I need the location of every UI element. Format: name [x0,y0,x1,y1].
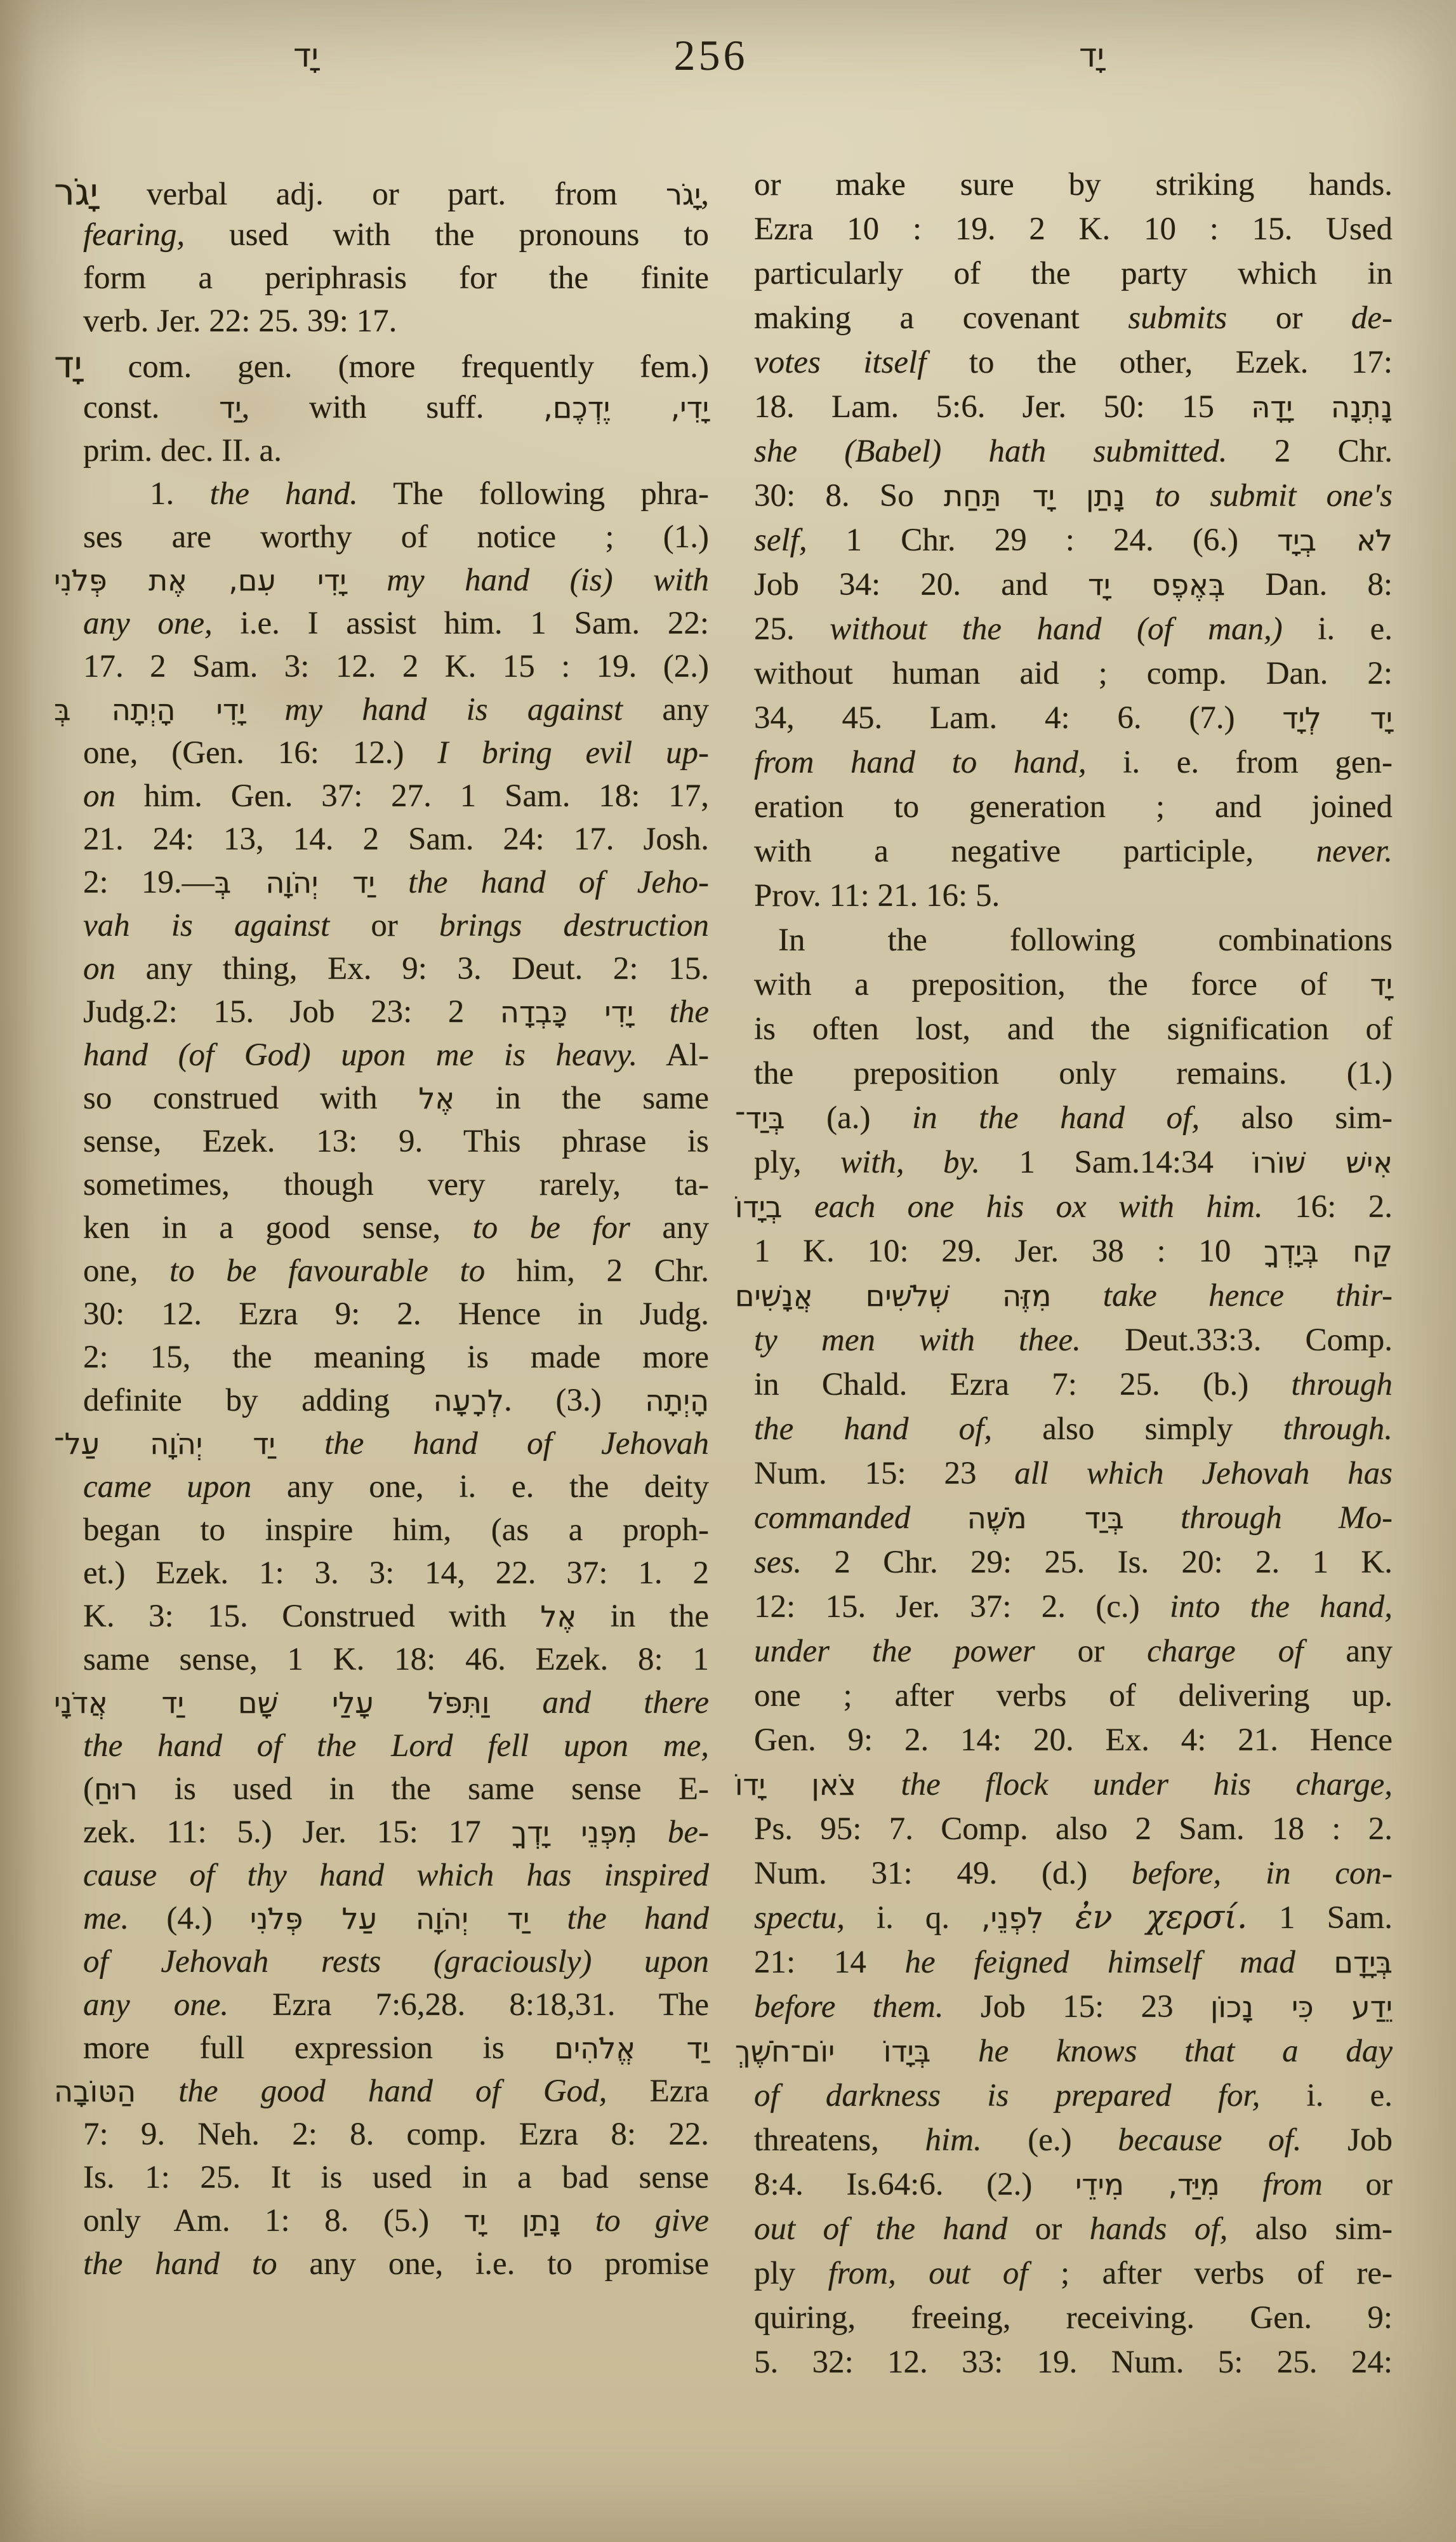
hebrew-word: לֹא בְיָד [1277,523,1393,557]
text-segment: (4.) [129,1901,250,1936]
hebrew-word: יַד [219,390,241,425]
text-line: threatens, him. (e.) because of. Job [754,2118,1393,2162]
text-segment: hand (of God) upon me is heavy. [83,1037,637,1073]
text-line: 18. Lam. 5:6. Jer. 50: 15 נָתְנָה יָדָהּ [754,385,1393,429]
text-line: Judg.2: 15. Job 23: 2 יָדִי כָּבְדָה the [83,990,709,1034]
text-segment: the hand of, [754,1411,992,1447]
text-line: ses are worthy of notice ; (1.) [83,516,709,559]
text-segment: (a.) [785,1100,912,1136]
text-segment: be- [668,1814,709,1850]
text-segment: with a negative participle, [754,834,1316,869]
hebrew-word: מִזֶּה שְׁלֹשִׁים אֲנָשִׁים [735,1279,1051,1313]
text-segment: const. [83,390,219,425]
text-line: me. (4.) יַד יְהֹוָה עַל פְּלֹנִי the ha… [83,1897,709,1940]
text-segment: 1. [150,476,210,512]
text-segment: any one, i. e. the deity [251,1469,709,1505]
text-line: const. יַד, with suff. יָדִי, יֶדְכֶם, [83,386,709,429]
text-segment: never. [1316,834,1393,869]
text-segment: submits [1128,300,1227,336]
hebrew-word: בְּיַד מֹשֶׁה [967,1501,1124,1535]
text-segment [529,1901,567,1936]
text-segment: into the hand, [1170,1589,1393,1625]
text-column-left: יָגֹר verbal adj. or part. from יָגֹר,fe… [54,170,709,2286]
text-line: form a periphrasis for the finite [83,256,709,300]
text-line: יַד יְהֹוָה עַל־ the hand of Jehovah [54,1422,709,1465]
text-segment [1220,2167,1263,2202]
text-line: צֹאן יָדוֹ the flock under his charge, [735,1762,1393,1807]
text-segment: i.e. I assist him. 1 Sam. 22: [213,606,709,641]
text-segment: under the power [754,1634,1035,1669]
text-segment: before, in con- [1132,1856,1393,1891]
text-segment: sense, Ezek. 13: 9. This phrase is [83,1124,709,1159]
text-segment: particularly of the party which in [754,256,1393,291]
text-segment [245,692,284,728]
text-segment: before them. [754,1989,944,2025]
text-line: 21. 24: 13, 14. 2 Sam. 24: 17. Josh. [83,818,709,861]
text-segment: i. e. [1260,2078,1393,2113]
hebrew-word: בְּיָדָם [1334,1945,1393,1980]
text-segment: Judg.2: 15. Job 23: 2 [83,994,500,1030]
hebrew-word: אֶל [540,1599,576,1634]
text-segment: Ps. 95: 7. Comp. also 2 Sam. 18 : 2. [754,1811,1393,1847]
text-segment: to give [595,2203,709,2239]
text-segment: 18. Lam. 5:6. Jer. 50: 15 [754,389,1251,425]
text-line: one, to be favourable to him, 2 Chr. [83,1249,709,1293]
text-segment: any [623,692,709,728]
text-segment: 8:4. Is.64:6. (2.) [754,2167,1075,2202]
text-segment: more full expression is [83,2030,554,2066]
text-line: votes itself to the other, Ezek. 17: [754,340,1393,385]
text-segment: (e.) [982,2122,1118,2158]
text-segment: the hand of Jeho- [408,865,709,900]
text-segment: 7: 9. Neh. 2: 8. comp. Ezra 8: 22. [83,2117,709,2152]
text-segment: Job [1302,2122,1393,2158]
text-segment: also sim- [1200,1100,1393,1136]
text-segment: in the same [454,1081,709,1116]
text-segment: without human aid ; comp. Dan. 2: [754,656,1393,691]
text-segment: my hand is against [285,692,623,728]
text-line: fearing, used with the pronouns to [83,213,709,256]
text-segment: 30: 8. So [754,478,944,514]
text-segment: I bring evil up- [437,735,709,771]
text-segment: Num. 15: 23 [754,1456,1014,1491]
text-segment: the [670,994,709,1030]
text-segment: 21: 14 [754,1945,904,1980]
hebrew-word: יָדִי, יֶדְכֶם, [543,390,709,425]
text-line: בְּיָדוֹ יוֹם־חֹשֶׁךְ he knows that a da… [735,2029,1393,2073]
text-segment: 12: 15. Jer. 37: 2. (c.) [754,1589,1170,1625]
hebrew-word: וַתִּפֹּל עָלַי שָׁם יַד אֲדֹנָי [54,1686,489,1720]
text-segment: Job 15: 23 [944,1989,1210,2025]
text-line: יָד com. gen. (more frequently fem.) [54,343,709,386]
text-segment: of darkness is prepared for, [754,2078,1260,2113]
text-segment: from hand to hand, [754,745,1087,780]
text-line: self, 1 Chr. 29 : 24. (6.) לֹא בְיָד [754,518,1393,562]
text-segment: of Jehovah rests (graciously) upon [83,1944,709,1980]
text-segment: or [1323,2167,1393,2202]
text-segment: eration to generation ; and joined [754,789,1393,825]
text-segment: The following phra- [358,476,709,512]
text-segment: prim. dec. II. a. [83,433,282,469]
hebrew-word: אִישׁ שׁוֹרוֹ [1252,1145,1393,1180]
text-segment: verb. Jer. 22: 25. 39: 17. [83,303,397,339]
text-segment: Is. 1: 25. It is used in a bad sense [83,2160,709,2195]
text-segment: each one his ox with him. [814,1189,1263,1225]
text-segment: et.) Ezek. 1: 3. 3: 14, 22. 37: 1. 2 [83,1555,709,1591]
text-segment: he knows that a day [978,2033,1393,2069]
text-line: 2: 15, the meaning is made more [83,1336,709,1379]
text-segment: on [83,778,116,814]
hebrew-word: נָתְנָה יָדָהּ [1251,390,1393,424]
hebrew-word: יֵדַע כִּי נָכוֹן [1210,1990,1393,2024]
text-line: any one. Ezra 7:6,28. 8:18,31. The [83,1983,709,2026]
text-line: 21: 14 he feigned himself mad בְּיָדָם [754,1940,1393,1985]
text-segment: , [701,176,709,212]
hebrew-word: יָדִי עִם, אֶת פְּלֹנִי [54,563,347,597]
text-line: before them. Job 15: 23 יֵדַע כִּי נָכוֹ… [754,1985,1393,2029]
hebrew-word: יָגֹר [666,177,701,211]
text-segment: from [1262,2167,1322,2202]
text-segment: the good hand of God, [178,2073,607,2109]
hebrew-word: בְּאֶפֶס יָד [1088,568,1225,602]
text-segment: Num. 31: 49. (d.) [754,1856,1132,1891]
text-segment: brings destruction [439,908,709,943]
text-segment: 34, 45. Lam. 4: 6. (7.) [754,700,1282,736]
text-line: 30: 12. Ezra 9: 2. Hence in Judg. [83,1293,709,1336]
text-line: eration to generation ; and joined [754,785,1393,829]
text-segment: zek. 11: 5.) Jer. 15: 17 [83,1814,512,1850]
text-segment: used with the pronouns to [185,217,709,253]
text-line: definite by adding לְרָעָה. (3.) הָיְתָה [83,1379,709,1422]
text-line: K. 3: 15. Construed with אֶל in the [83,1595,709,1638]
text-line: (רוּחַ is used in the same sense E- [83,1767,709,1811]
text-segment: on [83,951,116,987]
hebrew-word: יַד יְהֹוָה עַל פְּלֹנִי [250,1901,529,1936]
text-segment: ( [83,1771,94,1807]
header-keyword-right: יָד [1079,37,1104,75]
header-keyword-left: יָד [293,37,319,75]
text-segment [375,865,408,900]
text-segment: one, (Gen. 16: 12.) [83,735,437,771]
text-line: מִזֶּה שְׁלֹשִׁים אֲנָשִׁים take hence t… [735,1274,1393,1318]
text-segment: out of the hand [754,2211,1007,2247]
text-segment: making a covenant [754,300,1128,336]
text-segment: the hand of the Lord fell upon me, [83,1728,709,1764]
text-segment: K. 3: 15. Construed with [83,1599,540,1634]
text-segment: he feigned himself mad [904,1945,1295,1980]
text-segment: hands of, [1090,2211,1228,2247]
text-segment: began to inspire him, (as a proph- [83,1512,709,1548]
hebrew-word: יָדִי כָּבְדָה [500,995,633,1029]
text-segment: ses are worthy of notice ; (1.) [83,519,709,555]
text-segment: so construed with [83,1081,418,1116]
text-line: in Chald. Ezra 7: 25. (b.) through [754,1362,1393,1407]
text-segment: 2 Chr. [1228,434,1393,469]
text-line: יָדִי עִם, אֶת פְּלֹנִי my hand (is) wit… [54,559,709,602]
text-segment: 5. 32: 12. 33: 19. Num. 5: 25. 24: [754,2345,1393,2380]
text-segment: the hand to [83,2246,277,2282]
text-segment: 25. [754,611,830,647]
text-segment: one ; after verbs of delivering up. [754,1678,1393,1714]
text-line: began to inspire him, (as a proph- [83,1508,709,1552]
text-segment: spectu, [754,1900,845,1936]
text-line: et.) Ezek. 1: 3. 3: 14, 22. 37: 1. 2 [83,1552,709,1595]
text-segment [489,1685,542,1720]
text-segment: 1 Chr. 29 : 24. (6.) [807,522,1278,558]
text-line: on him. Gen. 37: 27. 1 Sam. 18: 17, [83,775,709,818]
text-line: יָגֹר verbal adj. or part. from יָגֹר, [54,170,709,213]
scanned-page: { "page": { "header": { "left_hebrew": "… [0,0,1456,2542]
text-segment: to be favourable to [169,1253,485,1289]
text-line: Gen. 9: 2. 14: 20. Ex. 4: 21. Hence [754,1718,1393,1762]
text-line: Ezra 10 : 19. 2 K. 10 : 15. Used [754,207,1393,251]
text-segment: Al- [637,1037,709,1073]
text-line: on any thing, Ex. 9: 3. Deut. 2: 15. [83,947,709,990]
text-segment: Dan. 8: [1225,567,1393,602]
text-segment: she (Babel) hath submitted. [754,434,1228,469]
text-segment: Ezra 10 : 19. 2 K. 10 : 15. Used [754,211,1393,247]
text-segment: 1 K. 10: 29. Jer. 38 : 10 [754,1234,1264,1269]
hebrew-word: קַח בְּיָדְךָ [1264,1234,1393,1268]
text-segment: 17. 2 Sam. 3: 12. 2 K. 15 : 19. (2.) [83,649,709,684]
text-line: particularly of the party which in [754,251,1393,296]
text-line: of Jehovah rests (graciously) upon [83,1940,709,1983]
hebrew-word: יַד יְהֹוָה בְּ [215,865,375,900]
text-line: 34, 45. Lam. 4: 6. (7.) יָד לְיָד [754,696,1393,740]
text-line: or make sure by striking hands. [754,163,1393,207]
text-line: sometimes, though very rarely, ta- [83,1163,709,1206]
text-segment: to submit one's [1155,478,1393,514]
text-line: ses. 2 Chr. 29: 25. Is. 20: 2. 1 K. [754,1540,1393,1585]
text-segment: or [1035,1634,1147,1669]
text-segment [1043,1900,1075,1936]
text-line: 2: 19.—יַד יְהֹוָה בְּ the hand of Jeho- [83,861,709,904]
text-segment: form a periphrasis for the finite [83,260,709,296]
text-segment: or make sure by striking hands. [754,167,1393,203]
text-segment: 21. 24: 13, 14. 2 Sam. 24: 17. Josh. [83,822,709,857]
text-segment: and there [542,1685,709,1720]
text-segment: 1 Sam.14:34 [980,1145,1252,1180]
text-segment: any [630,1210,709,1246]
hebrew-word: יָד [1370,968,1393,1002]
text-segment [1295,1945,1334,1980]
text-segment: or [329,908,439,943]
text-line: vah is against or brings destruction [83,904,709,947]
text-segment [930,2033,978,2069]
hebrew-word: יַד יְהֹוָה עַל־ [54,1427,275,1461]
text-line: 25. without the hand (of man,) i. e. [754,607,1393,651]
text-segment [633,994,670,1030]
text-segment: him. [925,2122,981,2158]
text-line: וַתִּפֹּל עָלַי שָׁם יַד אֲדֹנָי and the… [54,1681,709,1724]
text-segment: because of. [1118,2122,1301,2158]
text-segment: through. [1283,1411,1393,1447]
text-segment: 16: 2. [1263,1189,1393,1225]
text-segment: commanded [754,1500,910,1536]
text-line: hand (of God) upon me is heavy. Al- [83,1034,709,1077]
text-segment: the hand of Jehovah [324,1426,709,1461]
text-line: out of the hand or hands of, also sim- [754,2207,1393,2251]
text-line: with a negative participle, never. [754,829,1393,874]
text-line: one, (Gen. 16: 12.) I bring evil up- [83,731,709,775]
text-segment: 2: 19.— [83,865,215,900]
text-segment [637,1814,668,1850]
text-segment: in the [576,1599,709,1634]
hebrew-word: רוּחַ [94,1772,138,1806]
text-segment [136,2073,178,2109]
text-segment: ken in a good sense, [83,1210,473,1246]
text-line: בְיָדוֹ each one his ox with him. 16: 2. [735,1185,1393,1229]
text-segment: my hand (is) with [387,562,709,598]
text-segment: definite by adding [83,1383,433,1418]
hebrew-word: לְרָעָה [433,1383,504,1418]
text-line: spectu, i. q. לִפְנֵי, ἐν χερσί. 1 Sam. [754,1896,1393,1940]
text-segment [1125,478,1155,514]
text-segment: vah is against [83,908,329,943]
text-line: without human aid ; comp. Dan. 2: [754,651,1393,696]
text-segment: in the hand of, [912,1100,1200,1136]
text-segment: cause of thy hand which has inspired [83,1858,709,1893]
text-segment: com. gen. (more frequently fem.) [83,349,709,385]
text-line: Prov. 11: 21. 16: 5. [754,874,1393,918]
hebrew-word: יָדִי הָיְתָה בְּ [54,693,245,727]
text-line: ply from, out of ; after verbs of re- [754,2251,1393,2296]
text-line: יָדִי הָיְתָה בְּ my hand is against any [54,688,709,731]
text-segment: with, by. [840,1145,980,1180]
text-segment: came upon [83,1469,251,1505]
text-line: under the power or charge of any [754,1629,1393,1674]
text-segment: , with suff. [242,390,544,425]
text-line: one ; after verbs of delivering up. [754,1674,1393,1718]
text-segment: 1 Sam. [1247,1900,1393,1936]
hebrew-headword: יָגֹר [54,170,98,213]
text-segment: one, [83,1253,169,1289]
text-segment: any one, i.e. to promise [277,2246,709,2282]
text-segment: Ezra [607,2073,709,2109]
hebrew-headword: יָד [54,343,83,386]
text-segment: take hence thir- [1103,1278,1393,1314]
hebrew-word: בְיָדוֹ [735,1190,783,1224]
text-segment: me. [83,1901,129,1936]
text-line: sense, Ezek. 13: 9. This phrase is [83,1120,709,1163]
text-line: בְּיַד־ (a.) in the hand of, also sim- [735,1096,1393,1140]
text-line: Is. 1: 25. It is used in a bad sense [83,2156,709,2199]
text-segment: to be for [473,1210,630,1246]
text-segment: the preposition only remains. (1.) [754,1056,1393,1091]
text-segment: i. e. [1283,611,1393,647]
text-segment: is used in the same sense E- [138,1771,709,1807]
text-line: Num. 15: 23 all which Jehovah has [754,1451,1393,1496]
text-line: 12: 15. Jer. 37: 2. (c.) into the hand, [754,1585,1393,1629]
text-segment: ses. [754,1545,802,1580]
hebrew-word: בְּיַד־ [735,1101,785,1135]
text-segment: the hand. [210,476,358,512]
hebrew-word: הַטּוֹבָה [54,2074,136,2108]
text-segment: or [1227,300,1351,336]
text-segment: ty men with thee. [754,1322,1081,1358]
text-segment: Ezra 7:6,28. 8:18,31. The [228,1987,709,2023]
text-line: ply, with, by. 1 Sam.14:34 אִישׁ שׁוֹרוֹ [754,1140,1393,1185]
text-line: more full expression is יַד אֱלֹהִים [83,2026,709,2070]
text-line: only Am. 1: 8. (5.) נָתַן יָד to give [83,2199,709,2242]
text-segment: 30: 12. Ezra 9: 2. Hence in Judg. [83,1296,709,1332]
text-line: is often lost, and the signification of [754,1007,1393,1051]
text-segment [856,1767,901,1802]
text-segment: threatens, [754,2122,925,2158]
text-segment: ; after verbs of re- [1028,2256,1393,2291]
text-line: 5. 32: 12. 33: 19. Num. 5: 25. 24: [754,2340,1393,2385]
text-line: quiring, freeing, receiving. Gen. 9: [754,2296,1393,2340]
text-line: the hand of the Lord fell upon me, [83,1724,709,1767]
text-segment [910,1500,967,1536]
hebrew-word: נָתַן יָד [464,2204,561,2238]
text-line: the hand of, also simply through. [754,1407,1393,1451]
hebrew-word: צֹאן יָדוֹ [735,1767,856,1802]
text-segment: Prov. 11: 21. 16: 5. [754,878,1000,914]
text-line: 30: 8. So נָתַן יָד תַּחַת to submit one… [754,474,1393,518]
hebrew-word: יַד אֱלֹהִים [554,2031,709,2065]
text-line: cause of thy hand which has inspired [83,1854,709,1897]
text-line: 1. the hand. The following phra- [83,472,709,516]
text-line: so construed with אֶל in the same [83,1077,709,1120]
text-segment: or [1007,2211,1089,2247]
text-segment: is often lost, and the signification of [754,1011,1393,1047]
text-segment: also sim- [1228,2211,1393,2247]
text-segment: votes itself [754,345,926,380]
text-segment: without the hand (of man,) [830,611,1282,647]
hebrew-word: יָד לְיָד [1282,701,1393,735]
text-line: 17. 2 Sam. 3: 12. 2 K. 15 : 19. (2.) [83,645,709,688]
text-segment: any thing, Ex. 9: 3. Deut. 2: 15. [116,951,709,987]
text-line: ken in a good sense, to be for any [83,1206,709,1249]
text-line: she (Babel) hath submitted. 2 Chr. [754,429,1393,474]
hebrew-word: הָיְתָה [645,1383,709,1418]
text-line: Job 34: 20. and בְּאֶפֶס יָד Dan. 8: [754,562,1393,607]
text-segment: fearing, [83,217,185,253]
text-segment: same sense, 1 K. 18: 46. Ezek. 8: 1 [83,1642,709,1677]
hebrew-word: בְּיָדוֹ יוֹם־חֹשֶׁךְ [735,2034,930,2068]
text-segment: with a preposition, the force of [754,967,1370,1002]
text-segment: sometimes, though very rarely, ta- [83,1167,709,1202]
text-segment: Job 34: 20. and [754,567,1088,602]
text-line: same sense, 1 K. 18: 46. Ezek. 8: 1 [83,1638,709,1681]
text-segment: in Chald. Ezra 7: 25. (b.) [754,1367,1291,1402]
text-segment: i. q. [845,1900,981,1936]
text-segment: all which Jehovah has [1014,1456,1393,1491]
text-segment: any [1303,1634,1393,1669]
text-segment: quiring, freeing, receiving. Gen. 9: [754,2300,1393,2336]
text-segment [783,1189,814,1225]
text-segment: ply [754,2256,828,2291]
text-segment: i. e. from gen- [1087,745,1393,780]
hebrew-word: מִפְּנֵי יָדְךָ [512,1815,637,1849]
page-number: 256 [647,30,774,81]
text-line: Ps. 95: 7. Comp. also 2 Sam. 18 : 2. [754,1807,1393,1851]
text-segment [347,562,387,598]
hebrew-word: נָתַן יָד תַּחַת [944,479,1125,513]
text-line: any one, i.e. I assist him. 1 Sam. 22: [83,602,709,645]
text-segment: any one, [83,606,213,641]
text-line: commanded בְּיַד מֹשֶׁה through Mo- [754,1496,1393,1540]
text-line: ty men with thee. Deut.33:3. Comp. [754,1318,1393,1362]
text-segment: 2 Chr. 29: 25. Is. 20: 2. 1 K. [802,1545,1393,1580]
greek-word: ἐν χερσί. [1075,1899,1247,1936]
text-segment: In the following combinations [778,922,1393,958]
text-segment [275,1426,324,1461]
text-segment: also simply [992,1411,1283,1447]
text-line: 7: 9. Neh. 2: 8. comp. Ezra 8: 22. [83,2113,709,2156]
text-segment: . (3.) [504,1383,645,1418]
